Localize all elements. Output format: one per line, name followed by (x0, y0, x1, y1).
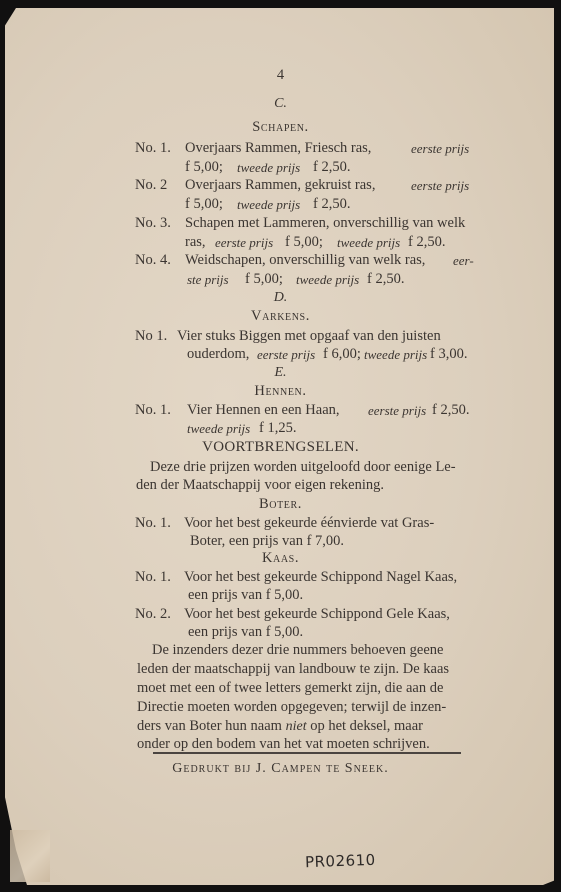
separator-rule (153, 752, 461, 754)
section-e-title: Hennen. (0, 382, 561, 400)
note-line: onder op den bodem van het vat moeten sc… (137, 735, 430, 753)
section-d-letter: D. (0, 289, 561, 307)
section-e-letter: E. (0, 364, 561, 382)
boter-title: Boter. (0, 495, 561, 513)
item-price: f 2,50. (313, 158, 350, 176)
item-number: No. 1. (135, 139, 171, 157)
imprint: Gedrukt bij J. Campen te Sneek. (0, 760, 561, 778)
note-text: ders van Boter hun naam (137, 718, 282, 734)
item-price: f 2,50. (432, 401, 469, 419)
item-italic: eerste prijs (257, 346, 315, 364)
item-italic: eerste prijs (215, 234, 273, 252)
item-price: f 2,50. (408, 233, 445, 251)
item-number: No. 1. (135, 401, 171, 419)
item-italic: eerste prijs (411, 140, 469, 158)
item-text: Voor het best gekeurde Schippond Nagel K… (184, 568, 457, 586)
section-d-title: Varkens. (0, 307, 561, 325)
item-price: f 5,00; (185, 158, 223, 176)
item-number: No. 2 (135, 176, 167, 194)
item-text: Boter, een prijs van f 7,00. (190, 532, 344, 550)
item-text: Voor het best gekeurde Schippond Gele Ka… (184, 605, 450, 623)
item-italic: tweede prijs (237, 196, 300, 214)
intro-line-2: den der Maatschappij voor eigen rekening… (136, 476, 384, 494)
note-line: Directie moeten worden opgegeven; terwij… (137, 698, 446, 716)
item-text: een prijs van f 5,00. (188, 586, 303, 604)
item-price: f 5,00; (285, 233, 323, 251)
page-number: 4 (0, 66, 561, 84)
section-voortbrengselen-title: VOORTBRENGSELEN. (0, 438, 561, 456)
item-italic: tweede prijs (337, 234, 400, 252)
item-italic: eer- (453, 252, 474, 270)
item-italic: eerste prijs (368, 402, 426, 420)
item-number: No. 2. (135, 605, 171, 623)
item-number: No. 1. (135, 514, 171, 532)
item-price: f 5,00; (185, 195, 223, 213)
item-number: No. 3. (135, 214, 171, 232)
item-italic: eerste prijs (411, 177, 469, 195)
section-c-letter: C. (0, 95, 561, 113)
item-text: Voor het best gekeurde éénvierde vat Gra… (184, 514, 434, 532)
item-number: No 1. (135, 327, 167, 345)
folded-corner (10, 830, 50, 882)
item-number: No. 4. (135, 251, 171, 269)
item-italic: ste prijs (187, 271, 229, 289)
item-text: Overjaars Rammen, gekruist ras, (185, 176, 375, 194)
item-text: Vier stuks Biggen met opgaaf van den jui… (177, 327, 441, 345)
kaas-title: Kaas. (0, 549, 561, 567)
item-text: ouderdom, (187, 345, 249, 363)
item-italic: tweede prijs (187, 420, 250, 438)
item-text: Weidschapen, onverschillig van welk ras, (185, 251, 425, 269)
note-text: op het deksel, maar (310, 718, 423, 734)
item-italic: tweede prijs (364, 346, 427, 364)
item-price: f 2,50. (313, 195, 350, 213)
handwritten-catalog-id: PR02610 (305, 851, 376, 871)
section-c-title: Schapen. (0, 118, 561, 136)
item-text: Overjaars Rammen, Friesch ras, (185, 139, 371, 157)
intro-line-1: Deze drie prijzen worden uitgeloofd door… (150, 458, 456, 476)
note-line: leden der maatschappij van landbouw te z… (137, 660, 449, 678)
item-price: f 5,00; (245, 270, 283, 288)
note-italic: niet (286, 719, 307, 734)
item-text: een prijs van f 5,00. (188, 623, 303, 641)
note-line: De inzenders dezer drie nummers behoeven… (152, 641, 443, 659)
note-line: moet met een of twee letters gemerkt zij… (137, 679, 443, 697)
item-number: No. 1. (135, 568, 171, 586)
item-italic: tweede prijs (237, 159, 300, 177)
item-text: ras, (185, 233, 206, 251)
item-price: f 2,50. (367, 270, 404, 288)
item-text: Vier Hennen en een Haan, (187, 401, 340, 419)
item-italic: tweede prijs (296, 271, 359, 289)
item-price: f 1,25. (259, 419, 296, 437)
item-price: f 6,00; (323, 345, 361, 363)
item-text: Schapen met Lammeren, onverschillig van … (185, 214, 465, 232)
item-price: f 3,00. (430, 345, 467, 363)
